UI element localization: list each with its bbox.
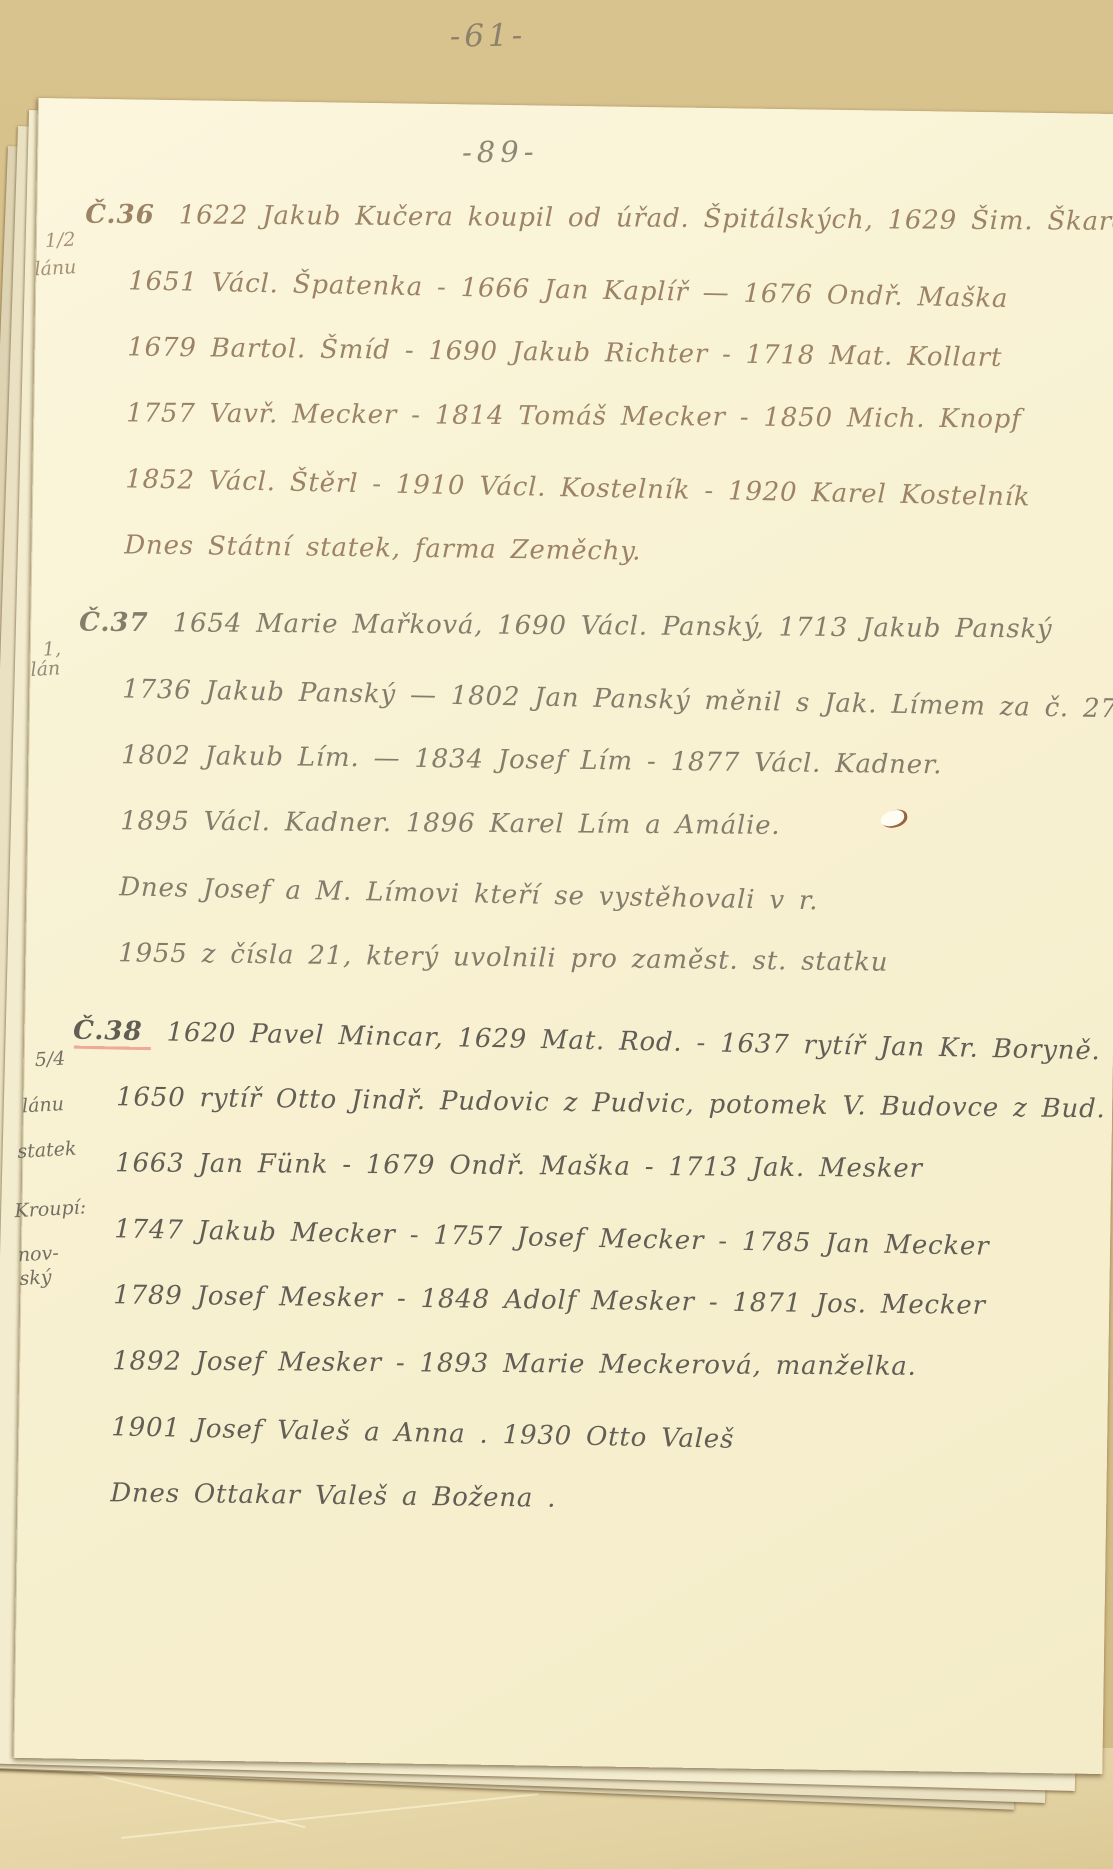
entries: 1/2lánuČ.36 1622 Jakub Kučera koupil od …	[66, 185, 1096, 1556]
entry-line: 1895 Václ. Kadner. 1896 Karel Lím a Amál…	[120, 791, 1086, 864]
entry-line: Č.37 1654 Marie Mařková, 1690 Václ. Pans…	[79, 593, 1089, 666]
manuscript-page: -89- 1/2lánuČ.36 1622 Jakub Kučera koupi…	[13, 98, 1113, 1774]
margin-note: ský	[19, 1266, 52, 1290]
entry-Č.38: 5/4lánustatekKroupí:nov-skýČ.38 1620 Pav…	[66, 1001, 1084, 1544]
entry-Č.36: 1/2lánuČ.36 1622 Jakub Kučera koupil od …	[80, 185, 1096, 596]
house-number-label: Č.36	[85, 200, 165, 231]
entry-line: Dnes Státní statek, farma Zeměchy.	[124, 515, 1091, 593]
margin-note: 5/4	[34, 1047, 66, 1071]
entry-line: 1663 Jan Fünk - 1679 Ondř. Maška - 1713 …	[115, 1133, 1081, 1206]
house-number-label: Č.37	[79, 608, 159, 639]
page-number: -89-	[410, 134, 590, 170]
entry-line: Č.36 1622 Jakub Kučera koupil od úřad. Š…	[85, 185, 1095, 258]
entry-Č.37: 1,lánČ.37 1654 Marie Mařková, 1690 Václ.…	[74, 593, 1090, 1004]
margin-note: nov-	[17, 1242, 59, 1266]
back-page-number: -61-	[408, 17, 569, 56]
entry-line: Dnes Ottakar Valeš a Božena .	[110, 1463, 1077, 1541]
scanned-book-spread: -61- -89- 1/2lánuČ.36 1622 Jakub Kučera …	[0, 0, 1113, 1869]
margin-note: 1/2	[44, 229, 76, 253]
margin-note: statek	[17, 1138, 77, 1163]
entry-line: 1892 Josef Mesker - 1893 Marie Meckerová…	[112, 1331, 1078, 1404]
house-number-label: Č.38	[73, 1016, 153, 1048]
entry-line: 1955 z čísla 21, který uvolnili pro zamě…	[118, 923, 1085, 1001]
margin-note: lánu	[34, 256, 77, 280]
margin-note: lán	[30, 657, 61, 681]
margin-note: Kroupí:	[14, 1196, 87, 1222]
margin-note: lánu	[21, 1093, 64, 1117]
entry-line: 1757 Vavř. Mecker - 1814 Tomáš Mecker - …	[126, 383, 1092, 456]
